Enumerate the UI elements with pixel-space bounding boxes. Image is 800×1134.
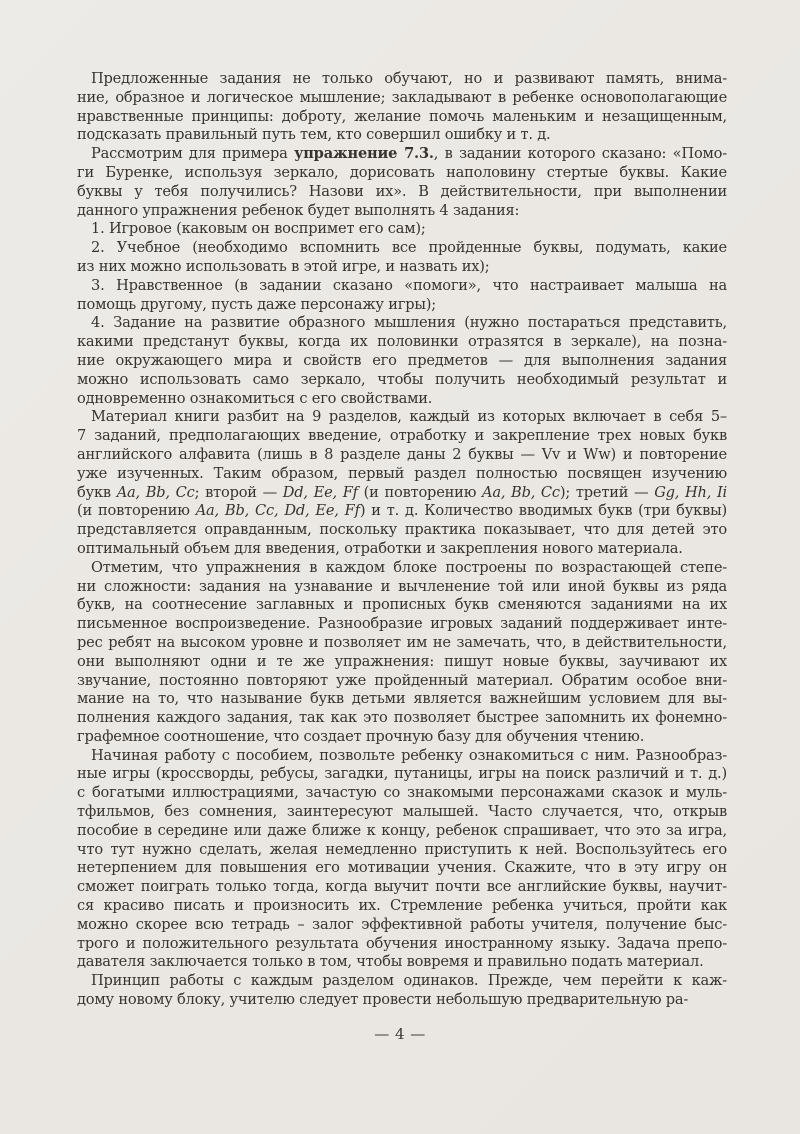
paragraph: 2. Учебное (необходимо вспомнить все про…: [77, 239, 727, 277]
text-line: ние, образное и логическое мышление; зак…: [77, 89, 727, 108]
text-segment: букв: [77, 484, 117, 501]
paragraph: 4. Задание на развитие образного мышлени…: [77, 314, 727, 408]
text-line: ние окружающего мира и свойств его предм…: [77, 352, 727, 371]
text-line: нетерпением для повышения его мотивации …: [77, 859, 727, 878]
text-line: подсказать правильный путь тем, кто сове…: [77, 126, 727, 145]
text-line: трого и положительного результата обучен…: [77, 935, 727, 954]
text-line: данного упражнения ребенок будет выполня…: [77, 202, 727, 221]
text-line: 4. Задание на развитие образного мышлени…: [77, 314, 727, 333]
page-text: Предложенные задания не только обучают, …: [77, 70, 727, 1010]
text-line: Начиная работу с пособием, позвольте реб…: [77, 747, 727, 766]
text-line: какими предстанут буквы, когда их полови…: [77, 333, 727, 352]
text-line: из них можно использовать в этой игре, и…: [77, 258, 727, 277]
text-line: ся красиво писать и произносить их. Стре…: [77, 897, 727, 916]
text-line: давателя заключается только в том, чтобы…: [77, 953, 727, 972]
text-line: полнения каждого задания, так как это по…: [77, 709, 727, 728]
text-segment: ); третий —: [560, 484, 654, 501]
italic-text: Aa, Bb, Cc: [117, 484, 195, 501]
text-line: 2. Учебное (необходимо вспомнить все про…: [77, 239, 727, 258]
text-segment: ) и т. д. Количество вводимых букв (три …: [360, 502, 727, 519]
text-line: ни сложности: задания на узнавание и выч…: [77, 578, 727, 597]
italic-text: Dd, Ee, Ff: [283, 484, 358, 501]
paragraph: Начиная работу с пособием, позвольте реб…: [77, 747, 727, 973]
italic-text: Aa, Bb, Cc: [482, 484, 560, 501]
text-line: они выполняют одни и те же упражнения: п…: [77, 653, 727, 672]
text-line: графемное соотношение, что создает прочн…: [77, 728, 727, 747]
italic-text: Aa, Bb, Cc, Dd, Ee, Ff: [196, 502, 360, 519]
text-line: Отметим, что упражнения в каждом блоке п…: [77, 559, 727, 578]
text-line: уже изученных. Таким образом, первый раз…: [77, 465, 727, 484]
paragraph: Принцип работы с каждым разделом одинако…: [77, 972, 727, 1010]
text-line: букв Aa, Bb, Cc; второй — Dd, Ee, Ff (и …: [77, 484, 727, 503]
text-line: рес ребят на высоком уровне и позволяет …: [77, 634, 727, 653]
text-line: письменное воспроизведение. Разнообразие…: [77, 615, 727, 634]
text-line: оптимальный объем для введения, отработк…: [77, 540, 727, 559]
text-line: одновременно ознакомиться с его свойства…: [77, 390, 727, 409]
text-line: с богатыми иллюстрациями, зачастую со зн…: [77, 784, 727, 803]
text-segment: Рассмотрим для примера: [91, 145, 294, 162]
text-line: тфильмов, без сомнения, заинтересуют мал…: [77, 803, 727, 822]
text-line: можно скорее всю тетрадь – залог эффекти…: [77, 916, 727, 935]
text-line: представляется оправданным, поскольку пр…: [77, 521, 727, 540]
text-line: мание на то, что называние букв детьми я…: [77, 690, 727, 709]
paragraph: 1. Игровое (каковым он воспримет его сам…: [77, 220, 727, 239]
text-line: (и повторению Aa, Bb, Cc, Dd, Ee, Ff) и …: [77, 502, 727, 521]
text-line: что тут нужно сделать, желая немедленно …: [77, 841, 727, 860]
text-line: Рассмотрим для примера упражнение 7.3., …: [77, 145, 727, 164]
paragraph: Материал книги разбит на 9 разделов, каж…: [77, 408, 727, 558]
text-line: сможет поиграть только тогда, когда выуч…: [77, 878, 727, 897]
text-line: можно использовать само зеркало, чтобы п…: [77, 371, 727, 390]
text-line: помощь другому, пусть даже персонажу игр…: [77, 296, 727, 315]
text-line: ные игры (кроссворды, ребусы, загадки, п…: [77, 765, 727, 784]
text-line: букв, на соотнесение заглавных и прописн…: [77, 596, 727, 615]
text-segment: , в задании которого сказано: «Помо-: [434, 145, 727, 162]
text-line: пособие в середине или даже ближе к конц…: [77, 822, 727, 841]
text-line: звучание, постоянно повторяют уже пройде…: [77, 672, 727, 691]
text-line: Предложенные задания не только обучают, …: [77, 70, 727, 89]
scanned-book-page: Предложенные задания не только обучают, …: [0, 0, 800, 1134]
text-segment: (и повторению: [358, 484, 482, 501]
text-line: 3. Нравственное (в задании сказано «помо…: [77, 277, 727, 296]
bold-text: упражнение 7.3.: [294, 145, 434, 162]
text-line: Принцип работы с каждым разделом одинако…: [77, 972, 727, 991]
paragraph: 3. Нравственное (в задании сказано «помо…: [77, 277, 727, 315]
text-line: 7 заданий, предполагающих введение, отра…: [77, 427, 727, 446]
paragraph: Отметим, что упражнения в каждом блоке п…: [77, 559, 727, 747]
text-line: нравственные принципы: доброту, желание …: [77, 108, 727, 127]
text-line: ги Буренке, используя зеркало, дорисоват…: [77, 164, 727, 183]
text-line: буквы у тебя получились? Назови их». В д…: [77, 183, 727, 202]
text-segment: ; второй —: [195, 484, 283, 501]
text-line: дому новому блоку, учителю следует прове…: [77, 991, 727, 1010]
text-segment: (и повторению: [77, 502, 196, 519]
text-line: Материал книги разбит на 9 разделов, каж…: [77, 408, 727, 427]
italic-text: Gg, Hh, Ii: [654, 484, 727, 501]
page-number: — 4 —: [0, 1024, 800, 1044]
text-line: английского алфавита (лишь в 8 разделе д…: [77, 446, 727, 465]
paragraph: Предложенные задания не только обучают, …: [77, 70, 727, 145]
text-line: 1. Игровое (каковым он воспримет его сам…: [77, 220, 727, 239]
paragraph: Рассмотрим для примера упражнение 7.3., …: [77, 145, 727, 220]
